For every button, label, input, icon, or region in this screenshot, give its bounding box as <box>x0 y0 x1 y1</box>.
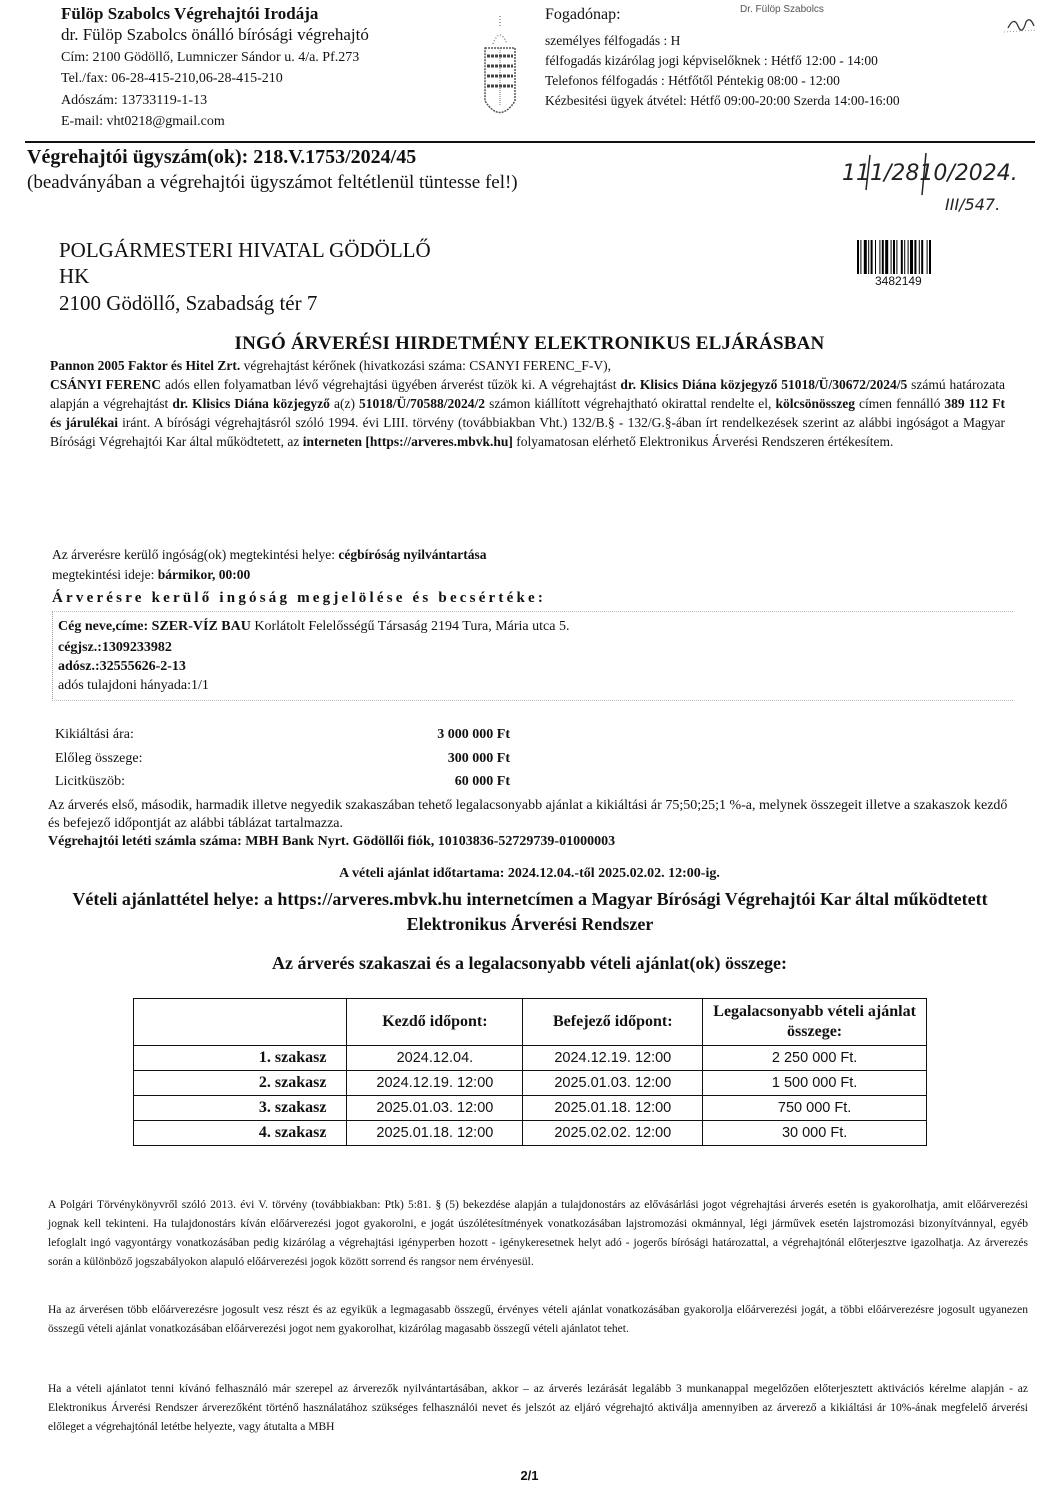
price-value: 300 000 Ft <box>370 751 510 767</box>
stages-table-title: Az árverés szakaszai és a legalacsonyabb… <box>0 953 1059 974</box>
table-header: Kezdő időpont: <box>347 999 523 1046</box>
table-row: 3. szakasz 2025.01.03. 12:00 2025.01.18.… <box>134 1096 927 1121</box>
reception-line: Telefonos félfogadás : Hétfőtől Péntekig… <box>545 72 840 90</box>
bid-duration: A vételi ajánlat időtartama: 2024.12.04.… <box>0 866 1059 882</box>
table-header <box>134 999 347 1046</box>
reception-line: személyes félfogadás : H <box>545 32 680 50</box>
recipient-address: 2100 Gödöllő, Szabadság tér 7 <box>59 291 317 316</box>
stamp-text: Dr. Fülöp Szabolcs <box>740 4 824 15</box>
office-address: Cím: 2100 Gödöllő, Lumniczer Sándor u. 4… <box>61 49 359 67</box>
office-tax-number: Adószám: 13733119-1-13 <box>61 92 207 110</box>
office-name: Fülöp Szabolcs Végrehajtói Irodája <box>61 4 318 24</box>
page-number: 2/1 <box>0 1468 1059 1483</box>
property-company: Cég neve,címe: SZER-VÍZ BAU Korlátolt Fe… <box>58 618 569 636</box>
bid-place: Vételi ajánlattétel helye: a https://arv… <box>40 887 1020 937</box>
office-phone: Tel./fax: 06-28-415-210,06-28-415-210 <box>61 70 283 88</box>
price-label: Licitküszöb: <box>55 774 125 790</box>
intro-paragraph: Pannon 2005 Faktor és Hitel Zrt. végreha… <box>50 356 1005 451</box>
recipient-name: POLGÁRMESTERI HIVATAL GÖDÖLLŐ <box>59 238 431 263</box>
stages-table: Kezdő időpont: Befejező időpont: Legalac… <box>133 998 927 1146</box>
coat-of-arms-icon <box>475 6 525 126</box>
price-label: Kikiáltási ára: <box>55 727 134 743</box>
bailiff-name: dr. Fülöp Szabolcs önálló bírósági végre… <box>61 26 369 44</box>
header-divider <box>25 141 1035 143</box>
legal-paragraph: Ha az árverésen több előárverezésre jogo… <box>48 1301 1028 1339</box>
case-number: Végrehajtói ügyszám(ok): 218.V.1753/2024… <box>27 146 416 169</box>
table-row: 2. szakasz 2024.12.19. 12:00 2025.01.03.… <box>134 1071 927 1096</box>
property-tax-no: adósz.:32555626-2-13 <box>58 658 186 676</box>
reception-line: Kézbesitési ügyek átvétel: Hétfő 09:00-2… <box>545 92 900 110</box>
property-heading: Árverésre kerülő ingóság megjelölése és … <box>52 590 546 607</box>
price-label: Előleg összege: <box>55 751 142 767</box>
price-value: 3 000 000 Ft <box>370 727 510 743</box>
recipient-dept: HK <box>59 264 89 289</box>
svg-text:III/547.: III/547. <box>945 195 1000 214</box>
table-row: 4. szakasz 2025.01.18. 12:00 2025.02.02.… <box>134 1121 927 1146</box>
viewing-place: Az árverésre kerülő ingóság(ok) megtekin… <box>52 546 487 564</box>
signature-icon <box>1000 10 1040 40</box>
table-header: Legalacsonyabb vételi ajánlat összege: <box>703 999 927 1046</box>
legal-paragraph: A Polgári Törvénykönyvről szóló 2013. év… <box>48 1196 1028 1272</box>
price-value: 60 000 Ft <box>370 774 510 790</box>
document-title: INGÓ ÁRVERÉSI HIRDETMÉNY ELEKTRONIKUS EL… <box>0 333 1059 355</box>
reception-line: félfogadás kizárólag jogi képviselőknek … <box>545 52 878 70</box>
reception-title: Fogadónap: <box>545 6 621 24</box>
table-row: 1. szakasz 2024.12.04. 2024.12.19. 12:00… <box>134 1046 927 1071</box>
barcode-number: 3482149 <box>875 274 922 288</box>
stages-note: Az árverés első, második, harmadik illet… <box>48 797 1018 851</box>
case-note: (beadványában a végrehajtói ügyszámot fe… <box>27 172 518 194</box>
property-share: adós tulajdoni hányada:1/1 <box>58 677 209 695</box>
property-reg-no: cégjsz.:1309233982 <box>58 639 172 657</box>
barcode-icon <box>857 240 957 274</box>
legal-paragraph: Ha a vételi ajánlatot tenni kívánó felha… <box>48 1380 1028 1437</box>
office-email: E-mail: vht0218@gmail.com <box>61 113 225 131</box>
handwritten-registration: 111/2810/2024. III/547. <box>840 150 1050 225</box>
viewing-time: megtekintési ideje: bármikor, 00:00 <box>52 566 250 584</box>
table-header-row: Kezdő időpont: Befejező időpont: Legalac… <box>134 999 927 1046</box>
table-header: Befejező időpont: <box>523 999 703 1046</box>
